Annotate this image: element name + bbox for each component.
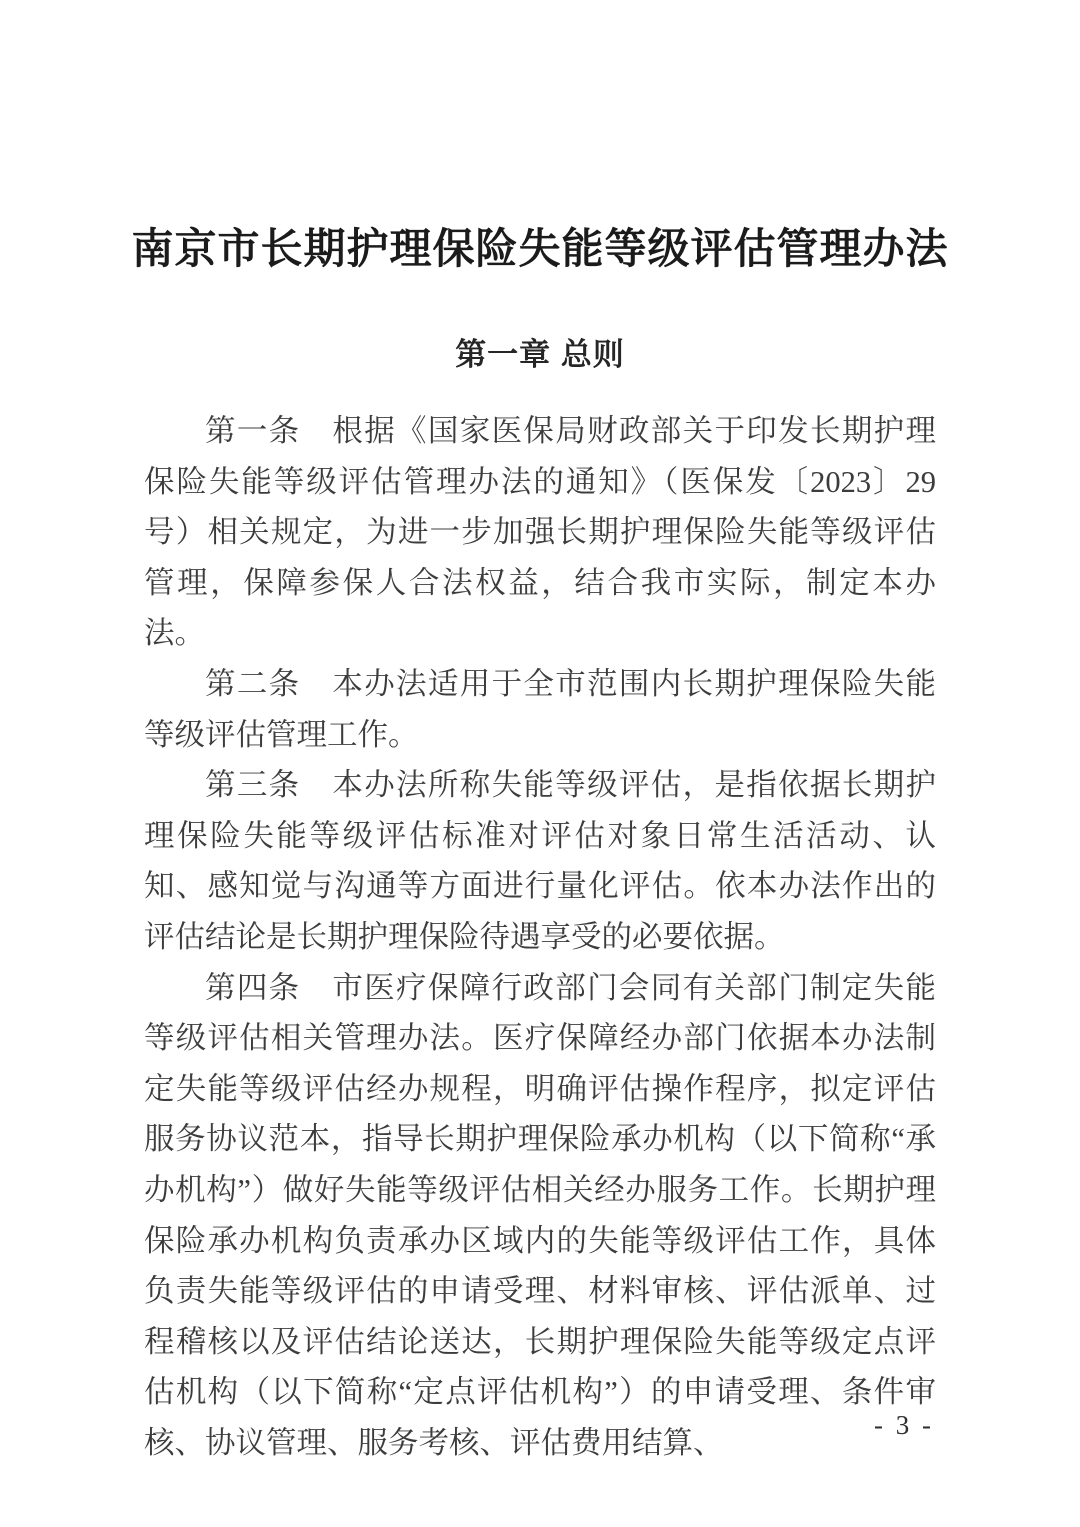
paragraph-article-3: 第三条 本办法所称失能等级评估，是指依据长期护理保险失能等级评估标准对评估对象日… (144, 760, 936, 962)
chapter-heading: 第一章 总则 (0, 329, 1080, 374)
document-title: 南京市长期护理保险失能等级评估管理办法 (0, 216, 1080, 276)
paragraph-article-1: 第一条 根据《国家医保局财政部关于印发长期护理保险失能等级评估管理办法的通知》（… (144, 406, 936, 659)
paragraph-article-2: 第二条 本办法适用于全市范围内长期护理保险失能等级评估管理工作。 (144, 659, 936, 760)
page-number: - 3 - (874, 1410, 934, 1441)
document-body: 第一条 根据《国家医保局财政部关于印发长期护理保险失能等级评估管理办法的通知》（… (144, 406, 936, 1468)
document-page: 南京市长期护理保险失能等级评估管理办法 第一章 总则 第一条 根据《国家医保局财… (0, 0, 1080, 1527)
paragraph-article-4: 第四条 市医疗保障行政部门会同有关部门制定失能等级评估相关管理办法。医疗保障经办… (144, 963, 936, 1469)
